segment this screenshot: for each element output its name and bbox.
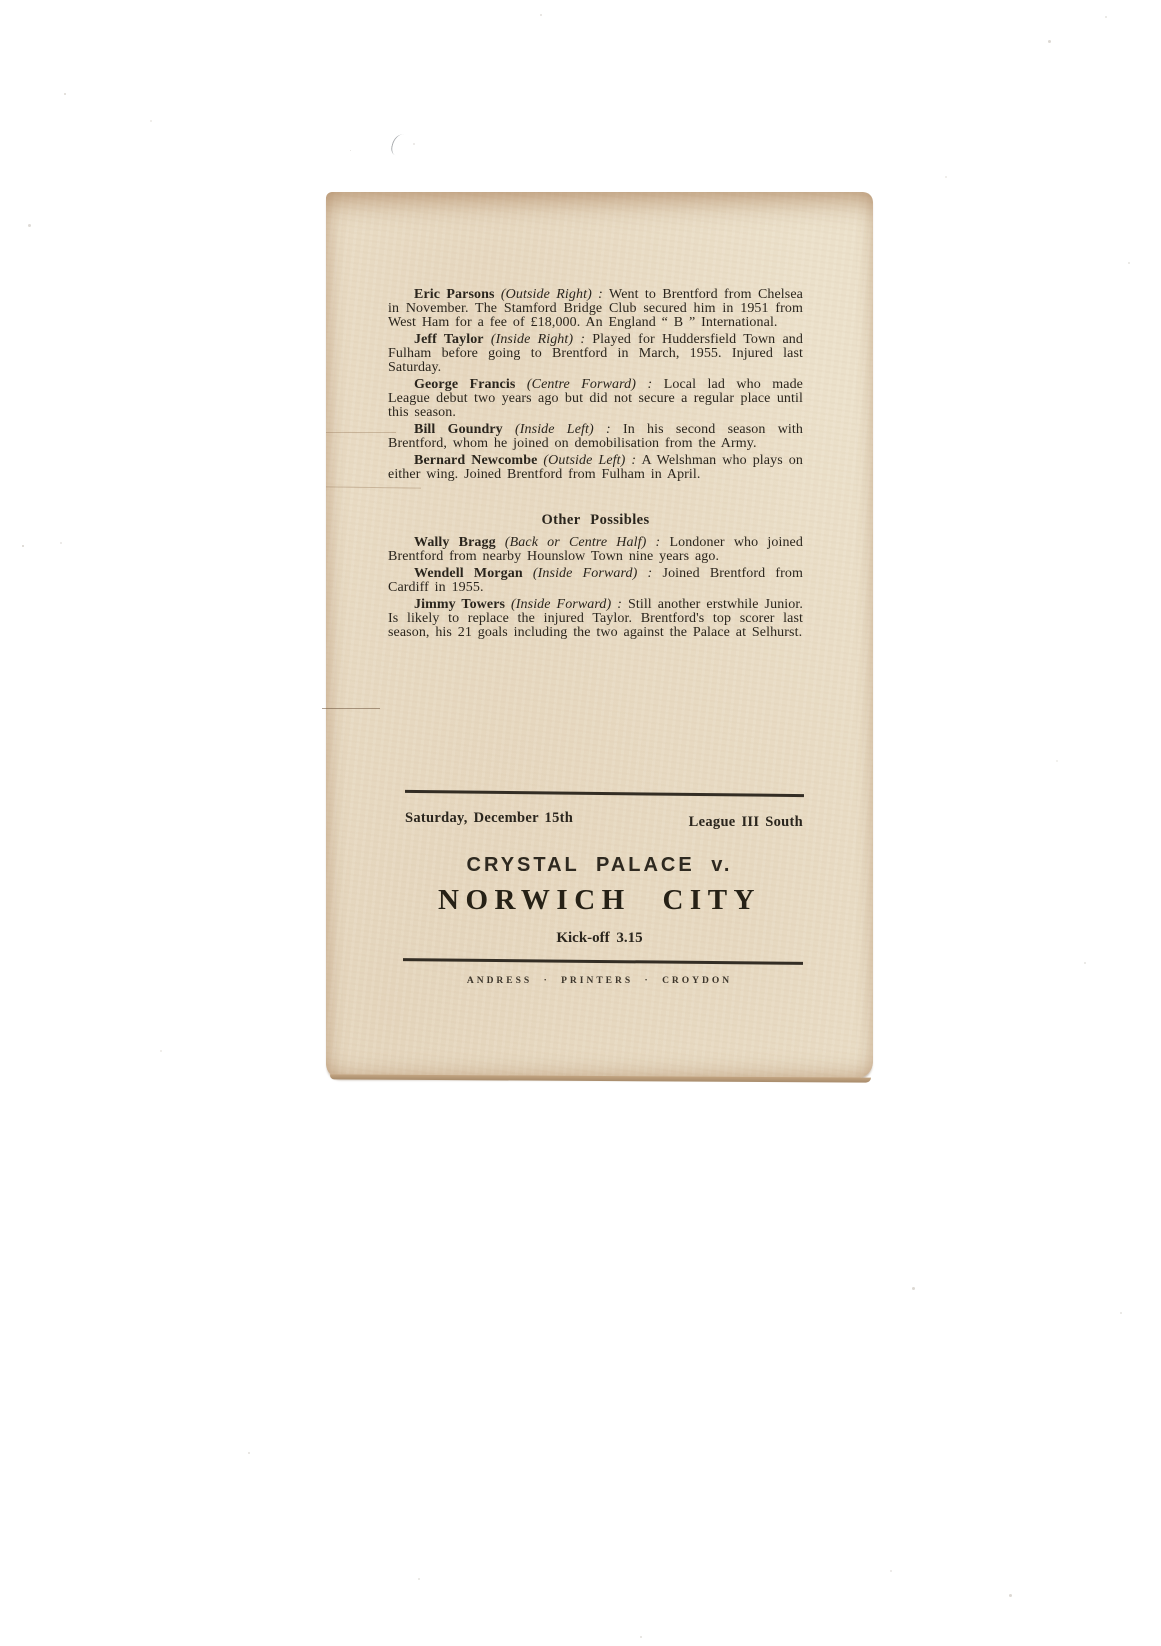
player-notes-section: Eric Parsons (Outside Right) : Went to B… (388, 288, 803, 643)
player-position: (Outside Right) : (501, 287, 603, 302)
fixture-league: League III South (689, 814, 803, 831)
player-position: (Inside Forward) : (511, 597, 622, 612)
scan-dust-speck (28, 224, 31, 227)
scan-dust-speck (1120, 1312, 1122, 1314)
scan-squiggle-mark (390, 133, 410, 158)
scan-dust-speck (64, 93, 66, 95)
player-name: Jeff Taylor (414, 332, 484, 347)
scan-dust-speck (640, 1636, 642, 1638)
scan-dust-speck (1009, 1594, 1012, 1597)
player-note: Jeff Taylor (Inside Right) : Played for … (388, 333, 803, 375)
fixture-home-team-line: CRYSTAL PALACE v. (326, 854, 873, 877)
player-note: Eric Parsons (Outside Right) : Went to B… (388, 288, 803, 330)
player-note: Bill Goundry (Inside Left) : In his seco… (388, 423, 803, 451)
player-position: (Outside Left) : (543, 453, 636, 468)
printer-credit: ANDRESS · PRINTERS · CROYDON (326, 976, 873, 986)
player-name: Jimmy Towers (414, 597, 505, 612)
scan-dust-speck (413, 143, 415, 145)
scan-dust-speck (1128, 262, 1130, 264)
paper-crease (322, 708, 380, 709)
programme-page: Eric Parsons (Outside Right) : Went to B… (326, 192, 873, 1078)
scan-dust-speck (60, 542, 62, 544)
scan-dust-speck (912, 1287, 915, 1290)
player-name: Wally Bragg (414, 535, 496, 550)
scan-dust-speck (1105, 16, 1107, 18)
scan-dust-speck (1048, 40, 1051, 43)
next-fixture-section: Saturday, December 15th League III South… (326, 790, 873, 1005)
scan-dust-speck (418, 1578, 420, 1580)
player-name: Wendell Morgan (414, 566, 523, 581)
player-note: Wendell Morgan (Inside Forward) : Joined… (388, 567, 803, 595)
player-position: (Inside Right) : (491, 332, 585, 347)
fixture-rule-bottom (403, 958, 803, 964)
player-name: Bill Goundry (414, 422, 503, 437)
player-note: Wally Bragg (Back or Centre Half) : Lond… (388, 536, 803, 564)
player-name: George Francis (414, 377, 515, 392)
player-position: (Inside Left) : (515, 422, 611, 437)
scan-dust-speck (248, 1452, 250, 1454)
scan-dust-speck (350, 150, 351, 151)
fixture-date: Saturday, December 15th (405, 810, 573, 827)
paper-crease (326, 432, 396, 433)
fixture-kickoff-time: Kick-off 3.15 (326, 930, 873, 947)
other-possibles-heading: Other Possibles (388, 513, 803, 527)
scan-dust-speck (1056, 760, 1058, 762)
scanned-document-page: { "colors": { "paper": "#ebe0ca", "paper… (0, 0, 1161, 1646)
player-position: (Centre Forward) : (527, 377, 652, 392)
player-position: (Inside Forward) : (533, 566, 652, 581)
scan-dust-speck (890, 1570, 892, 1572)
player-note: Jimmy Towers (Inside Forward) : Still an… (388, 598, 803, 640)
paper-bottom-edge (330, 1074, 871, 1082)
fixture-rule-top (405, 790, 804, 797)
player-position: (Back or Centre Half) : (505, 535, 660, 550)
player-name: Eric Parsons (414, 287, 495, 302)
fixture-away-team: NORWICH CITY (326, 884, 873, 917)
scan-dust-speck (540, 14, 542, 16)
scan-dust-speck (22, 545, 24, 547)
player-note: George Francis (Centre Forward) : Local … (388, 378, 803, 420)
player-note: Bernard Newcombe (Outside Left) : A Wels… (388, 454, 803, 482)
player-name: Bernard Newcombe (414, 453, 537, 468)
scan-dust-speck (1084, 962, 1086, 964)
scan-dust-speck (150, 120, 152, 122)
scan-dust-speck (945, 176, 947, 178)
scan-dust-speck (160, 1050, 162, 1052)
